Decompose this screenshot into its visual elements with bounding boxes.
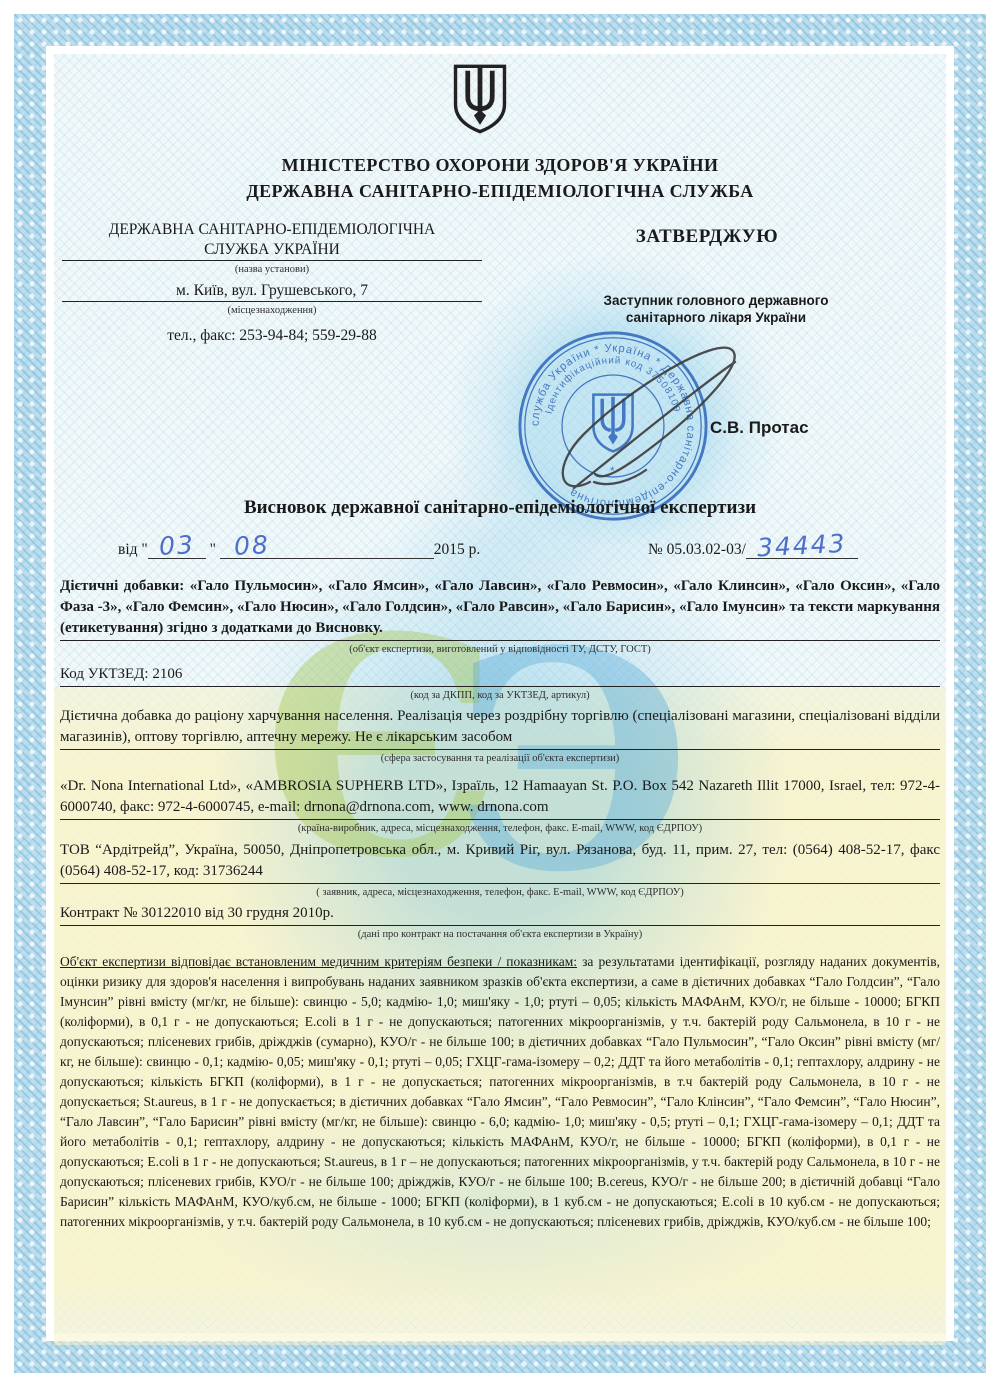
date-prefix: від " — [118, 541, 148, 558]
issuer-phone: тел., факс: 253-94-84; 559-29-88 — [62, 326, 482, 346]
field-applicant: ТОВ “Ардітрейд”, Україна, 50050, Дніпроп… — [60, 840, 940, 899]
ministry-line2: ДЕРЖАВНА САНІТАРНО-ЕПІДЕМІОЛОГІЧНА СЛУЖБ… — [55, 178, 945, 204]
contract-text: Контракт № 30122010 від 30 грудня 2010р. — [60, 903, 940, 926]
applicant-text: ТОВ “Ардітрейд”, Україна, 50050, Дніпроп… — [60, 840, 940, 884]
manufacturer-text: «Dr. Nona International Ltd», «AMBROSIA … — [60, 776, 940, 820]
conclusion-lead: Об'єкт експертизи відповідає встановлени… — [60, 954, 577, 969]
expertise-object-text: Дієтичні добавки: «Гало Пульмосин», «Гал… — [60, 576, 940, 641]
date-row: від "03 " 082015 р. — [118, 534, 480, 559]
uktzed-code-text: Код УКТЗЕД: 2106 — [60, 664, 940, 687]
field-expertise-object: Дієтичні добавки: «Гало Пульмосин», «Гал… — [60, 576, 940, 656]
ministry-header: МІНІСТЕРСТВО ОХОРОНИ ЗДОРОВ'Я УКРАЇНИ ДЕ… — [55, 152, 945, 204]
expertise-object-caption: (об'єкт експертизи, виготовлений у відпо… — [60, 641, 940, 656]
field-contract: Контракт № 30122010 від 30 грудня 2010р.… — [60, 903, 940, 941]
issuer-address: м. Київ, вул. Грушевського, 7 — [62, 281, 482, 302]
contract-caption: (дані про контракт на постачання об'єкта… — [60, 926, 940, 941]
number-row: № 05.03.02-03/34443 — [648, 534, 858, 559]
conclusion-rest: за результатами ідентифікації, розгляду … — [60, 954, 940, 1229]
date-day-handwritten: 03 — [158, 534, 195, 558]
ukraine-trident-emblem-icon — [446, 56, 514, 142]
approve-label: ЗАТВЕРДЖУЮ — [592, 226, 822, 248]
date-quote: " — [210, 541, 216, 558]
number-handwritten: 34443 — [757, 533, 848, 560]
issuer-address-caption: (місцезнаходження) — [62, 302, 482, 317]
number-prefix: № 05.03.02-03/ — [648, 541, 746, 558]
application-scope-text: Дієтична добавка до раціону харчування н… — [60, 706, 940, 750]
issuer-name-caption: (назва установи) — [62, 261, 482, 276]
date-year: 2015 р. — [434, 541, 481, 558]
field-application-scope: Дієтична добавка до раціону харчування н… — [60, 706, 940, 765]
field-uktzed-code: Код УКТЗЕД: 2106 (код за ДКПП, код за УК… — [60, 664, 940, 702]
approver-title-line2: санітарного лікаря України — [566, 309, 866, 326]
issuer-name-line1: ДЕРЖАВНА САНІТАРНО-ЕПІДЕМІОЛОГІЧНА — [62, 220, 482, 240]
uktzed-code-caption: (код за ДКПП, код за УКТЗЕД, артикул) — [60, 687, 940, 702]
date-month-handwritten: 08 — [233, 534, 270, 558]
approver-name: С.В. Протас — [710, 418, 809, 438]
approver-title-line1: Заступник головного державного — [566, 292, 866, 309]
applicant-caption: ( заявник, адреса, місцезнаходження, тел… — [60, 884, 940, 899]
approver-title: Заступник головного державного санітарно… — [566, 292, 866, 326]
document-title: Висновок державної санітарно-епідеміолог… — [55, 497, 945, 519]
certificate-page: Є Є МІНІСТЕРСТВО ОХОРОНИ ЗДОРОВ'Я УКРАЇН… — [0, 0, 1000, 1387]
issuer-block: ДЕРЖАВНА САНІТАРНО-ЕПІДЕМІОЛОГІЧНА СЛУЖБ… — [62, 220, 482, 346]
expertise-conclusion-text: Об'єкт експертизи відповідає встановлени… — [60, 952, 940, 1232]
issuer-name-line2: СЛУЖБА УКРАЇНИ — [62, 240, 482, 260]
field-manufacturer: «Dr. Nona International Ltd», «AMBROSIA … — [60, 776, 940, 835]
application-scope-caption: (сфера застосування та реалізації об'єкт… — [60, 750, 940, 765]
ministry-line1: МІНІСТЕРСТВО ОХОРОНИ ЗДОРОВ'Я УКРАЇНИ — [55, 152, 945, 178]
manufacturer-caption: (країна-виробник, адреса, місцезнаходжен… — [60, 820, 940, 835]
